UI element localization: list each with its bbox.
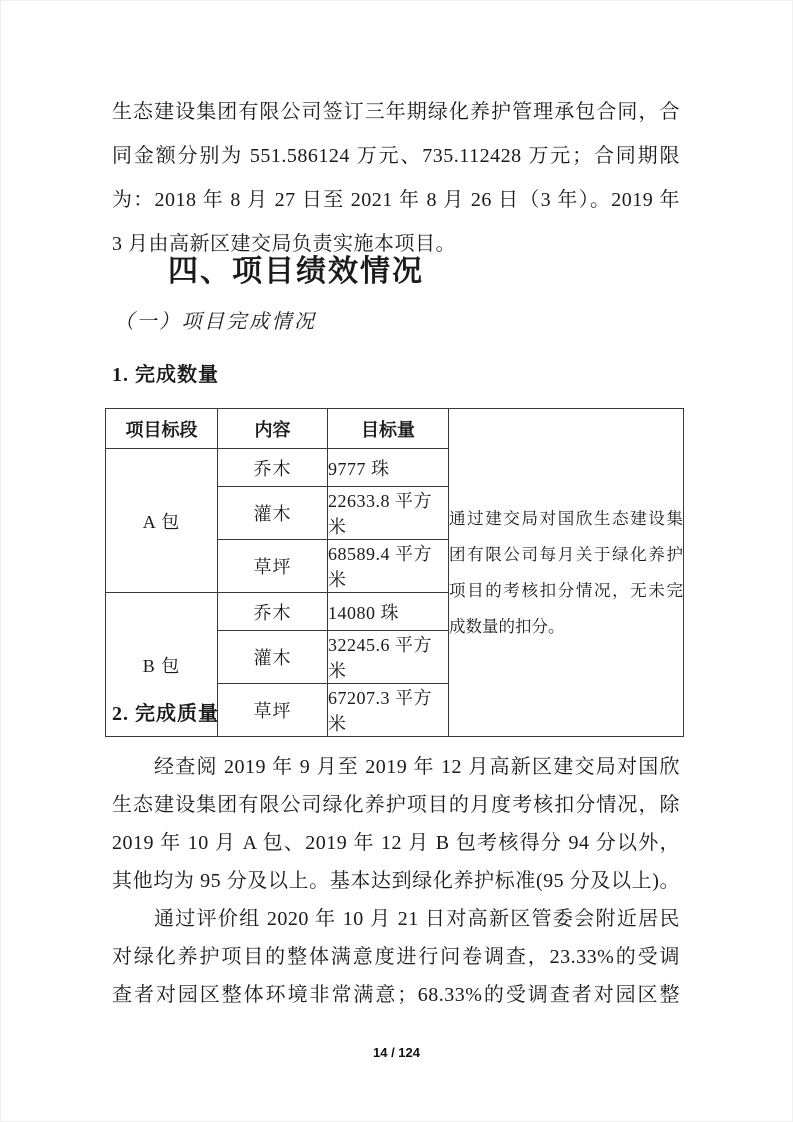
subsection-heading: （一）项目完成情况 [114, 306, 317, 338]
completion-table: 项目标段内容目标量通过建交局对国欣生态建设集团有限公司每月关于绿化养护项目的考核… [105, 408, 684, 737]
content-cell: 草坪 [218, 684, 328, 737]
content-cell: 乔木 [218, 449, 328, 487]
paragraph-line: 生态建设集团有限公司签订三年期绿化养护管理承包合同，合 [112, 90, 680, 134]
item1-heading: 1. 完成数量 [112, 361, 219, 389]
completion-table-body: 项目标段内容目标量通过建交局对国欣生态建设集团有限公司每月关于绿化养护项目的考核… [106, 409, 684, 737]
note-line: 成数量的扣分。 [449, 609, 683, 645]
page-number: 14 / 124 [0, 1044, 793, 1062]
content-cell: 灌木 [218, 487, 328, 540]
intro-paragraph: 生态建设集团有限公司签订三年期绿化养护管理承包合同，合同金额分别为 551.58… [112, 90, 680, 266]
paragraph-line: 其他均为 95 分及以上。基本达到绿化养护标准(95 分及以上)。 [112, 862, 680, 900]
paragraph-line: 经查阅 2019 年 9 月至 2019 年 12 月高新区建交局对国欣 [112, 748, 680, 786]
note-line: 团有限公司每月关于绿化养护 [449, 537, 683, 573]
item2-heading: 2. 完成质量 [112, 700, 219, 728]
section-heading: 四、项目绩效情况 [168, 251, 424, 293]
column-header-1: 内容 [218, 409, 328, 449]
target-cell: 9777 珠 [328, 449, 449, 487]
paragraph-line: 通过评价组 2020 年 10 月 21 日对高新区管委会附近居民 [112, 900, 680, 938]
paragraph-line: 为：2018 年 8 月 27 日至 2021 年 8 月 26 日（3 年）。… [112, 178, 680, 222]
target-cell: 14080 珠 [328, 593, 449, 631]
paragraph-line: 生态建设集团有限公司绿化养护项目的月度考核扣分情况，除 [112, 786, 680, 824]
paragraph-line: 查者对园区整体环境非常满意；68.33%的受调查者对园区整 [112, 976, 680, 1014]
column-header-2: 目标量 [328, 409, 449, 449]
note-line: 项目的考核扣分情况，无未完 [449, 573, 683, 609]
group-label-cell: A 包 [106, 449, 218, 593]
content-cell: 草坪 [218, 540, 328, 593]
note-line: 通过建交局对国欣生态建设集 [449, 501, 683, 537]
quality-paragraphs: 经查阅 2019 年 9 月至 2019 年 12 月高新区建交局对国欣生态建设… [112, 748, 680, 1014]
content-cell: 乔木 [218, 593, 328, 631]
target-cell: 22633.8 平方米 [328, 487, 449, 540]
paragraph-line: 对绿化养护项目的整体满意度进行问卷调查，23.33%的受调 [112, 938, 680, 976]
target-cell: 68589.4 平方米 [328, 540, 449, 593]
target-cell: 67207.3 平方米 [328, 684, 449, 737]
table-header-row: 项目标段内容目标量通过建交局对国欣生态建设集团有限公司每月关于绿化养护项目的考核… [106, 409, 684, 449]
paragraph-line: 同金额分别为 551.586124 万元、735.112428 万元；合同期限 [112, 134, 680, 178]
column-header-0: 项目标段 [106, 409, 218, 449]
document-page: 生态建设集团有限公司签订三年期绿化养护管理承包合同，合同金额分别为 551.58… [0, 0, 793, 1122]
target-cell: 32245.6 平方米 [328, 631, 449, 684]
paragraph-line: 2019 年 10 月 A 包、2019 年 12 月 B 包考核得分 94 分… [112, 824, 680, 862]
content-cell: 灌木 [218, 631, 328, 684]
table-note-cell: 通过建交局对国欣生态建设集团有限公司每月关于绿化养护项目的考核扣分情况，无未完成… [449, 409, 684, 737]
